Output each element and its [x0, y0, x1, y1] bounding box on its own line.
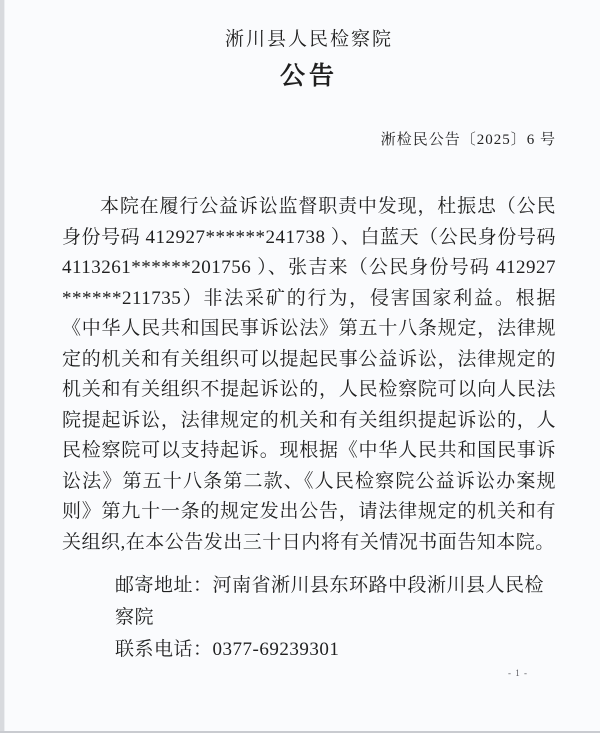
contact-phone-line: 联系电话：0377-69239301 — [115, 634, 556, 666]
announcement-body-paragraph: 本院在履行公益诉讼监督职责中发现，杜振忠（公民身份号码 412927******… — [62, 192, 556, 558]
page-number: - 1 - — [498, 668, 538, 678]
contact-block: 邮寄地址：河南省淅川县东环路中段淅川县人民检察院 联系电话：0377-69239… — [62, 570, 556, 666]
document-number: 淅检民公告〔2025〕6 号 — [62, 130, 556, 150]
mailing-address-label: 邮寄地址： — [115, 575, 213, 596]
document-content: 淅川县人民检察院 公告 淅检民公告〔2025〕6 号 本院在履行公益诉讼监督职责… — [0, 0, 600, 666]
contact-phone-value: 0377-69239301 — [213, 639, 340, 660]
contact-phone-label: 联系电话： — [115, 639, 213, 660]
org-name-heading: 淅川县人民检察院 — [62, 28, 556, 52]
document-title: 公告 — [62, 62, 556, 92]
document-page: 淅川县人民检察院 公告 淅检民公告〔2025〕6 号 本院在履行公益诉讼监督职责… — [0, 0, 600, 733]
mailing-address-line: 邮寄地址：河南省淅川县东环路中段淅川县人民检察院 — [115, 570, 556, 634]
